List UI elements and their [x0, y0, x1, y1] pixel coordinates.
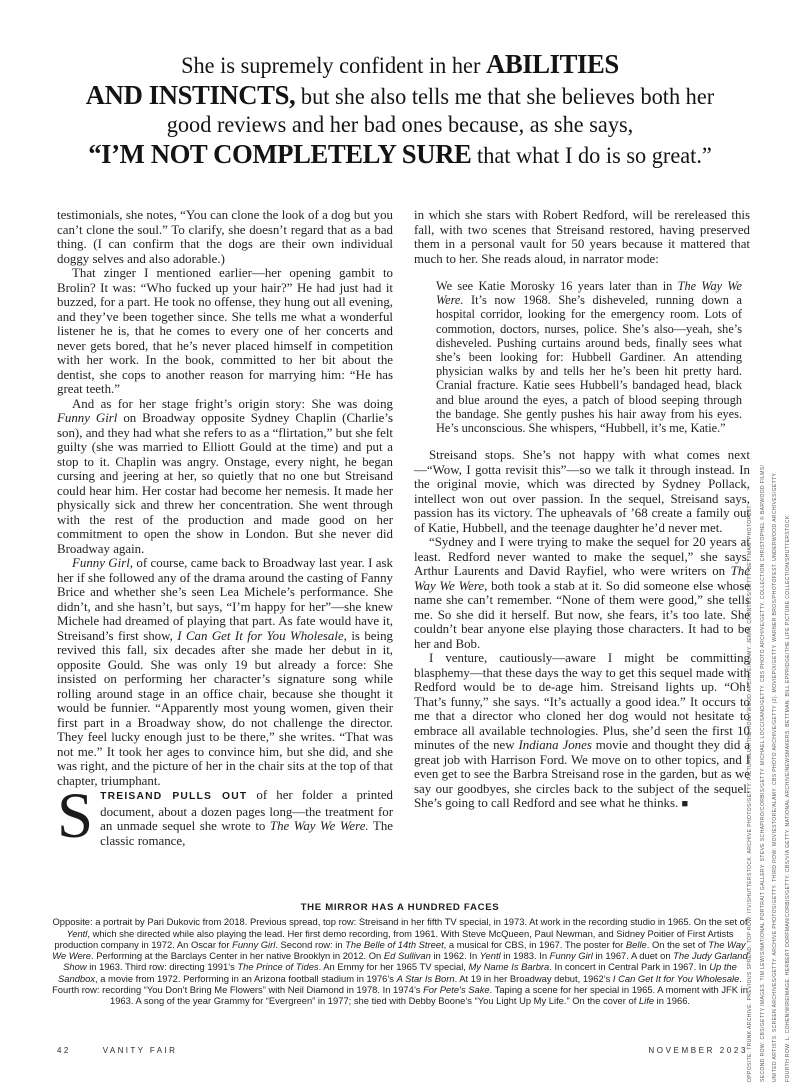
- article-right-column: in which she stars with Robert Redford, …: [414, 208, 750, 812]
- caption-title: THE MIRROR HAS A HUNDRED FACES: [50, 902, 750, 913]
- narration-blockquote: We see Katie Morosky 16 years later than…: [436, 279, 742, 435]
- credit-line: OPPOSITE: TRUNK ARCHIVE. PREVIOUS SPREAD…: [744, 204, 757, 1082]
- magazine-name: VANITY FAIR: [103, 1046, 178, 1055]
- body-paragraph: “Sydney and I were trying to make the se…: [414, 535, 750, 651]
- section-lead-in: TREISAND PULLS OUT: [100, 791, 247, 802]
- body-paragraph: Funny Girl, of course, came back to Broa…: [57, 556, 393, 788]
- credit-line: SECOND ROW: CBS/GETTY IMAGES. TIM LEWIS/…: [757, 204, 770, 1082]
- drop-cap: S: [57, 788, 100, 841]
- pull-quote-line: good reviews and her bad ones because, a…: [12, 111, 788, 140]
- pull-quote: She is supremely confident in her ABILIT…: [12, 50, 788, 170]
- photo-credits: OPPOSITE: TRUNK ARCHIVE. PREVIOUS SPREAD…: [744, 204, 794, 1082]
- body-paragraph: Streisand stops. She’s not happy with wh…: [414, 448, 750, 535]
- page-number: 42: [57, 1046, 71, 1055]
- credit-line: UNITED ARTISTS. SCREEN ARCHIVES/GETTY. A…: [769, 204, 782, 1082]
- article-left-column: testimonials, she notes, “You can clone …: [57, 208, 393, 848]
- photo-caption-block: THE MIRROR HAS A HUNDRED FACES Opposite:…: [50, 902, 750, 1007]
- pull-quote-line: She is supremely confident in her ABILIT…: [12, 50, 788, 81]
- caption-body: Opposite: a portrait by Pari Dukovic fro…: [50, 916, 750, 1006]
- pull-quote-line: AND INSTINCTS, but she also tells me tha…: [12, 81, 788, 112]
- page-footer: 42 VANITY FAIR NOVEMBER 2023: [57, 1046, 748, 1055]
- section-opening-paragraph: STREISAND PULLS OUT of her folder a prin…: [57, 788, 393, 848]
- body-paragraph: I venture, cautiously—aware I might be c…: [414, 651, 750, 812]
- pull-quote-line: “I’M NOT COMPLETELY SURE that what I do …: [12, 140, 788, 171]
- body-paragraph: in which she stars with Robert Redford, …: [414, 208, 750, 266]
- body-paragraph: testimonials, she notes, “You can clone …: [57, 208, 393, 266]
- body-paragraph: And as for her stage fright’s origin sto…: [57, 397, 393, 557]
- magazine-page: She is supremely confident in her ABILIT…: [0, 0, 800, 1088]
- issue-date: NOVEMBER 2023: [648, 1046, 748, 1055]
- body-paragraph: That zinger I mentioned earlier—her open…: [57, 266, 393, 397]
- credit-line: FOURTH ROW: L. COHEN/WIREIMAGE. HERBERT …: [782, 204, 795, 1082]
